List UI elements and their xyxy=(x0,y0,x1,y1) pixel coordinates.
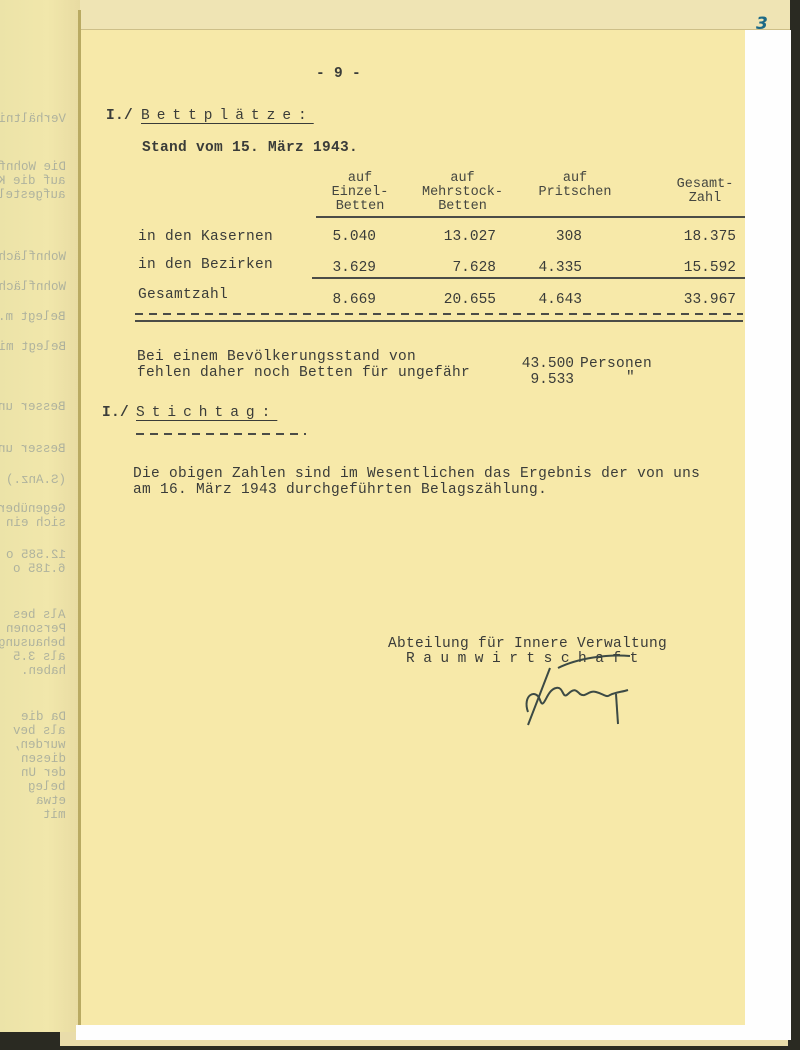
population-text: Bei einem Bevölkerungsstand von xyxy=(137,349,416,365)
cell-einzel: 3.629 xyxy=(310,260,376,276)
bleed-text: (S.Anz.) xyxy=(6,473,66,487)
cell-gesamt: 18.375 xyxy=(650,229,736,245)
cell-mehrstock: 20.655 xyxy=(420,292,496,308)
page-number: - 9 - xyxy=(316,66,361,82)
handwritten-signature xyxy=(518,650,648,730)
section-1-heading: Bettplätze: xyxy=(141,108,314,124)
facing-page-bleed-through: Verhältnis Die Wohnfl auf die Kas aufges… xyxy=(0,0,80,1032)
cell-mehrstock: 13.027 xyxy=(420,229,496,245)
bleed-text: Besser un xyxy=(0,400,66,414)
shortfall-text: fehlen daher noch Betten für ungefähr xyxy=(137,365,470,381)
back-sheet-top-edge xyxy=(80,0,790,30)
cell-einzel: 5.040 xyxy=(310,229,376,245)
stichtag-body-line-2: am 16. März 1943 durchgeführten Belagszä… xyxy=(133,482,547,498)
bleed-text: auf die Kas xyxy=(0,174,66,188)
bleed-text: Personen xyxy=(6,622,66,636)
scan-mask-right xyxy=(745,30,791,1040)
subtotal-rule xyxy=(312,277,745,279)
bleed-text: 12.585 o xyxy=(6,548,66,562)
bleed-text: Als bes xyxy=(13,608,66,622)
bleed-text: Belegt mit xyxy=(0,340,66,354)
cell-pritschen: 308 xyxy=(520,229,582,245)
bleed-text: als 3.5 xyxy=(13,650,66,664)
scan-mask-bottom xyxy=(76,1025,791,1040)
population-unit: Personen xyxy=(580,356,652,372)
bleed-text: 6.185 o xyxy=(13,562,66,576)
total-dash-rule xyxy=(135,313,743,315)
bleed-text: Gegenüber xyxy=(0,502,66,516)
population-value: 43.500 xyxy=(510,356,574,372)
bleed-text: aufgestellt xyxy=(0,188,66,202)
bleed-text: Wohnfläche xyxy=(0,280,66,294)
column-header-mehrstock: auf Mehrstock- Betten xyxy=(405,172,520,214)
bleed-text: behausung xyxy=(0,636,66,650)
bleed-text: Wohnfläche xyxy=(0,250,66,264)
section-2-numeral: I./ xyxy=(102,405,129,421)
bleed-text: Die Wohnfl xyxy=(0,160,66,174)
date-line: Stand vom 15. März 1943. xyxy=(142,140,358,156)
bleed-text: sich ein xyxy=(6,516,66,530)
bleed-text: als bev xyxy=(13,724,66,738)
shortfall-value: 9.533 xyxy=(510,372,574,388)
bleed-text: mit xyxy=(43,808,66,822)
cell-pritschen: 4.643 xyxy=(520,292,582,308)
column-header-gesamt: Gesamt- Zahl xyxy=(660,178,750,206)
bleed-text: Verhältnis xyxy=(0,112,66,126)
section-2-heading: Stichtag: xyxy=(136,405,277,421)
cell-einzel: 8.669 xyxy=(310,292,376,308)
page-fold-edge xyxy=(78,10,81,1030)
cell-gesamt: 33.967 xyxy=(650,292,736,308)
bleed-text: haben. xyxy=(21,664,66,678)
cell-gesamt: 15.592 xyxy=(650,260,736,276)
row-label-kasernen: in den Kasernen xyxy=(138,229,273,245)
header-rule xyxy=(316,216,745,218)
total-double-rule xyxy=(135,320,743,322)
bleed-text: Da die xyxy=(21,710,66,724)
column-header-einzel: auf Einzel- Betten xyxy=(310,172,410,214)
section-1-numeral: I./ xyxy=(106,108,133,124)
column-header-pritschen: auf Pritschen xyxy=(530,172,620,200)
cell-mehrstock: 7.628 xyxy=(420,260,496,276)
bleed-text: wurden, xyxy=(13,738,66,752)
bleed-text: der Un xyxy=(21,766,66,780)
section-2-heading-dash-rule xyxy=(136,433,306,435)
stichtag-body-line-1: Die obigen Zahlen sind im Wesentlichen d… xyxy=(133,466,700,482)
bleed-text: Besser un xyxy=(0,442,66,456)
cell-pritschen: 4.335 xyxy=(520,260,582,276)
row-label-gesamtzahl: Gesamtzahl xyxy=(138,287,228,303)
bleed-text: beleg xyxy=(28,780,66,794)
bleed-text: diesen xyxy=(21,752,66,766)
bleed-text: etwa xyxy=(36,794,66,808)
bleed-text: Belegt m. xyxy=(0,310,66,324)
shortfall-ditto-mark: " xyxy=(626,370,635,386)
row-label-bezirken: in den Bezirken xyxy=(138,257,273,273)
